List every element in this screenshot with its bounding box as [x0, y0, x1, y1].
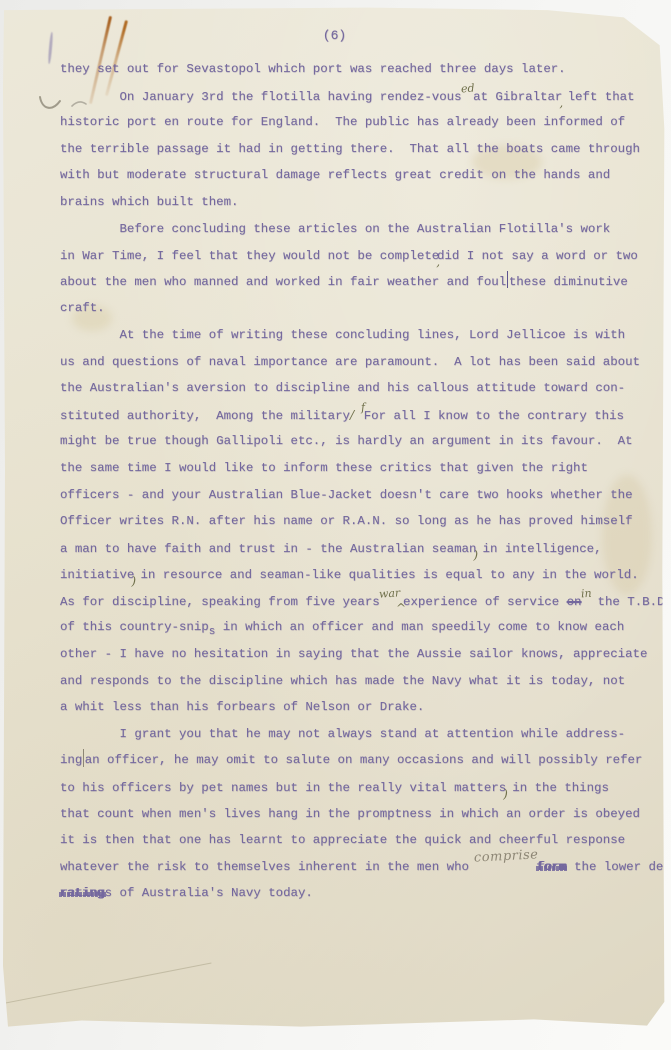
text-line: Before concluding these articles on the …: [60, 216, 666, 243]
text-line: us and questions of naval importance are…: [60, 349, 666, 376]
scan-background: 53 (6) they set out for Sevastopol which…: [0, 0, 671, 1050]
text-line: it is then that one has learnt to apprec…: [60, 827, 666, 854]
typed-text: other - I have no hesitation in saying t…: [60, 647, 647, 661]
typed-text: s of Australia's Navy today.: [105, 886, 313, 900]
typed-text: that count when men's lives hang in the …: [60, 807, 640, 821]
typed-text: I grant you that he may not always stand…: [60, 727, 625, 741]
typed-text: in intelligence,: [475, 542, 601, 556]
text-line: stituted authority, Among the military/ …: [60, 402, 666, 429]
text-line: about the men who manned and worked in f…: [60, 269, 666, 296]
typed-text: the terrible passage it had in getting t…: [60, 142, 640, 156]
typed-text: the T.B.D: [590, 595, 664, 609]
typed-text: the lower deck: [567, 860, 667, 874]
text-line: As for discipline, speaking from five ye…: [60, 588, 666, 615]
typed-text: with but moderate structural damage refl…: [60, 168, 610, 182]
typed-body: they set out for Sevastopol which port w…: [60, 56, 666, 907]
typed-text: historic port en route for England. The …: [60, 115, 625, 129]
text-line: of this country-snips in which an office…: [60, 614, 666, 641]
typed-text: officers - and your Australian Blue-Jack…: [60, 488, 633, 502]
typed-text: the same time I would like to inform the…: [60, 461, 588, 475]
typed-text: did I not say a word or two: [437, 249, 638, 263]
typed-text: in War Time, I feel that they would not …: [60, 249, 439, 263]
annotation-xover: rating: [60, 886, 105, 900]
typed-text: these diminutive: [509, 275, 628, 289]
annotation-xover: form: [537, 860, 567, 874]
text-line: whatever the risk to themselves inherent…: [60, 854, 666, 881]
typed-text: a whit less than his forbears of Nelson …: [60, 700, 424, 714]
typed-text: brains which built them.: [60, 195, 238, 209]
text-line: officers - and your Australian Blue-Jack…: [60, 482, 666, 509]
typed-text: about the men who manned and worked in f…: [60, 275, 506, 289]
annotation-hand-below: ): [131, 574, 136, 588]
paper-crease: [2, 963, 220, 1038]
text-line: might be true though Gallipoli etc., is …: [60, 428, 666, 455]
typed-text: On January 3rd the flotilla having rende…: [60, 90, 462, 104]
typed-text: at Gibraltar: [473, 90, 562, 104]
text-line: the same time I would like to inform the…: [60, 455, 666, 482]
annotation-hand-sup: ed: [460, 75, 475, 102]
typed-text: the Australian's aversion to discipline …: [60, 381, 625, 395]
typed-text: At the time of writing these concluding …: [60, 328, 625, 342]
text-line: ingan officer, he may omit to salute on …: [60, 747, 666, 774]
typed-text: Officer writes R.N. after his name or R.…: [60, 514, 633, 528]
annotation-sub: s: [209, 626, 216, 638]
page-number: (6): [2, 28, 667, 44]
annotation-hand-below: ): [473, 548, 478, 562]
annotation-hand-below: ,: [436, 255, 440, 269]
text-line: a whit less than his forbears of Nelson …: [60, 694, 666, 721]
typed-text: a man to have faith and trust in - the A…: [60, 542, 476, 556]
typed-text: experience of service: [403, 595, 567, 609]
annotation-hand-below: ^: [396, 601, 406, 615]
typed-text: an officer, he may omit to salute on man…: [85, 753, 643, 767]
typed-text: of this country-snip: [60, 620, 209, 634]
typed-text: in the things: [505, 781, 609, 795]
text-line: the terrible passage it had in getting t…: [60, 136, 666, 163]
annotation-hand-below: ): [503, 787, 508, 801]
folio-number: 53: [635, 10, 652, 25]
typed-text: us and questions of naval importance are…: [60, 355, 640, 369]
text-line: and responds to the discipline which has…: [60, 668, 666, 695]
text-line: in War Time, I feel that they would not …: [60, 242, 666, 269]
typed-text: it is then that one has learnt to apprec…: [60, 833, 625, 847]
typed-text: ing: [60, 753, 82, 767]
typed-text: and responds to the discipline which has…: [60, 674, 625, 688]
typed-text: they set out for Sevastopol which port w…: [60, 62, 566, 76]
text-line: they set out for Sevastopol which port w…: [60, 56, 666, 83]
typed-text: stituted authority, Among the military: [60, 409, 350, 423]
annotation-hand-sup: in: [580, 581, 592, 608]
typed-text: whatever the risk to themselves inherent…: [60, 860, 476, 874]
annotation-pencil-sup: comprise: [474, 842, 540, 872]
text-line: At the time of writing these concluding …: [60, 322, 666, 349]
text-line: craft.: [60, 295, 666, 322]
text-line: with but moderate structural damage refl…: [60, 162, 666, 189]
typed-text: to his officers by pet names but in the …: [60, 781, 506, 795]
text-line: historic port en route for England. The …: [60, 109, 666, 136]
typed-text: Before concluding these articles on the …: [60, 222, 610, 236]
typed-text: in which an officer and man speedily com…: [215, 620, 624, 634]
text-line: other - I have no hesitation in saying t…: [60, 641, 666, 668]
text-line: I grant you that he may not always stand…: [60, 721, 666, 748]
text-line: ratings of Australia's Navy today.: [60, 880, 666, 907]
text-line: brains which built them.: [60, 189, 666, 216]
text-line: Officer writes R.N. after his name or R.…: [60, 508, 666, 535]
text-line: that count when men's lives hang in the …: [60, 801, 666, 828]
typed-text: initiative: [60, 568, 134, 582]
annotation-hand-below: ,: [559, 96, 563, 110]
text-line: a man to have faith and trust in - the A…: [60, 535, 666, 562]
typed-text: might be true though Gallipoli etc., is …: [60, 434, 633, 448]
typed-text: left that: [560, 90, 634, 104]
typed-text: For all I know to the contrary this: [364, 409, 624, 423]
typed-text: As for discipline, speaking from five ye…: [60, 595, 380, 609]
text-line: On January 3rd the flotilla having rende…: [60, 83, 666, 110]
typed-text: craft.: [60, 301, 105, 315]
text-line: initiative) in resource and seaman-like …: [60, 561, 666, 588]
annotation-strike: on: [567, 595, 582, 609]
text-line: to his officers by pet names but in the …: [60, 774, 666, 801]
paper: 53 (6) they set out for Sevastopol which…: [2, 5, 667, 1038]
